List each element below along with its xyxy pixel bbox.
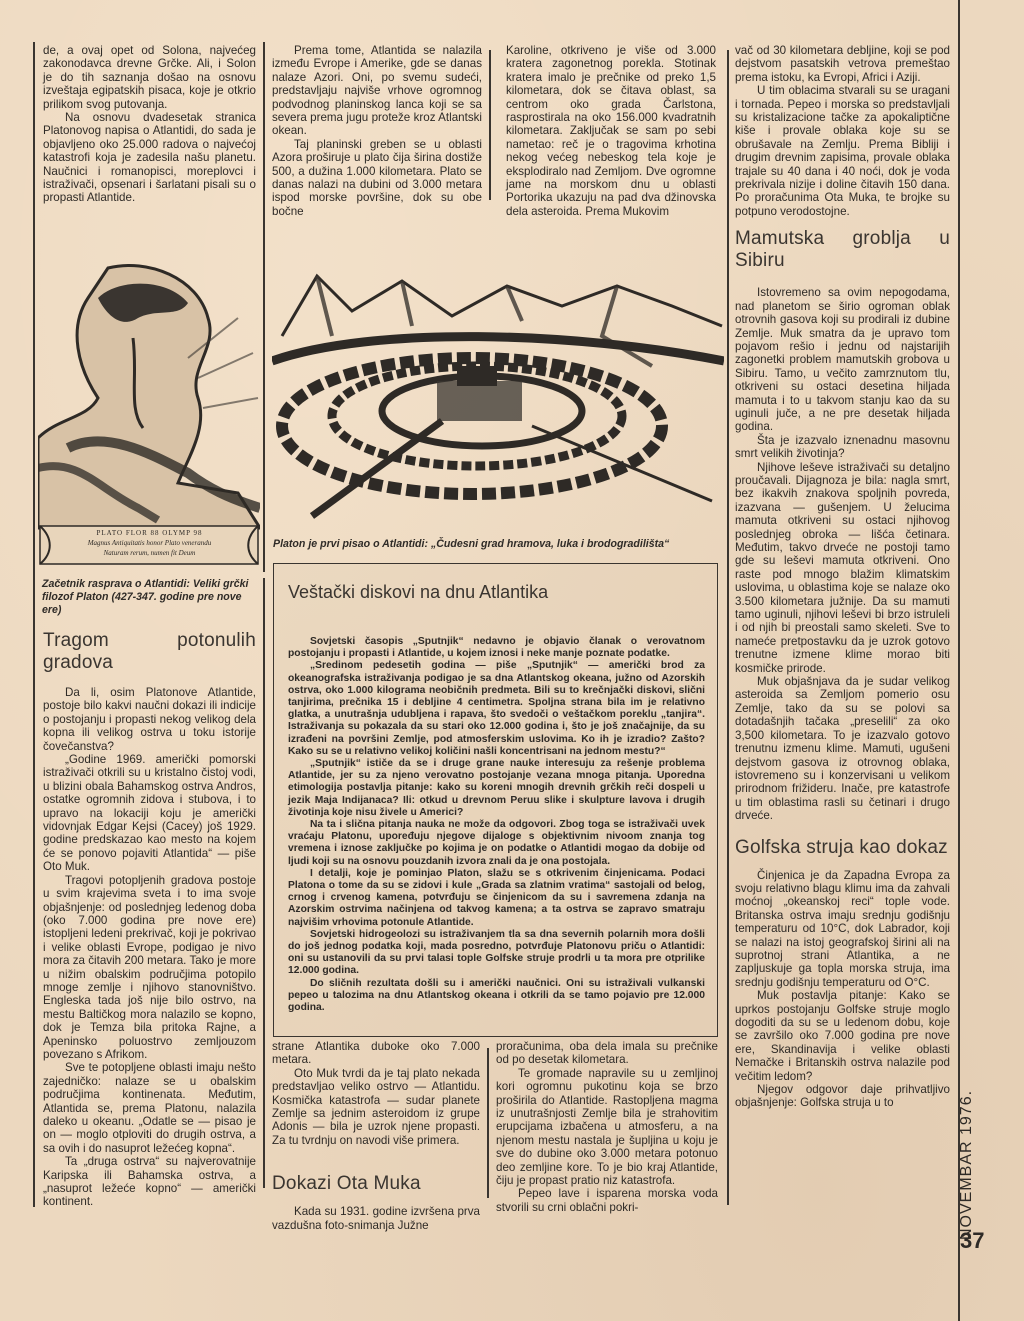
paragraph: Šta je izazvalo iznenadnu masovnu smrt v… (735, 434, 950, 461)
paragraph: I detalji, koje je pominjao Platon, slaž… (288, 868, 705, 929)
paragraph: vač od 30 kilometara debljine, koji se p… (735, 44, 950, 84)
paragraph: Te gromade napravile su u zemljinoj kori… (496, 1067, 718, 1188)
sidebar-box-body: Sovjetski časopis „Sputnjik“ nedavno je … (288, 636, 705, 1014)
plato-portrait: PLATO FLOR 88 OLYMP 98 Magnus Antiquitat… (38, 258, 260, 570)
paragraph: Na osnovu dvadesetak stranica Platonovog… (43, 111, 256, 205)
column-rule (489, 50, 491, 200)
paragraph: de, a ovaj opet od Solona, najvećeg zako… (43, 44, 256, 111)
column-rule (263, 42, 265, 572)
paragraph: Kada su 1931. godine izvršena prva vazdu… (272, 1205, 480, 1232)
paragraph: „Sputnjik“ ističe da se i druge grane na… (288, 758, 705, 819)
column-rule (487, 1048, 489, 1198)
column4: vač od 30 kilometara debljine, koji se p… (735, 44, 950, 1110)
sidebar-box: Veštački diskovi na dnu Atlantika Sovjet… (273, 563, 718, 1037)
plato-engraving-icon (38, 258, 260, 570)
atlantis-illustration (272, 266, 724, 524)
paragraph: Prema tome, Atlantida se nalazila između… (272, 44, 482, 138)
paragraph: Sovjetski časopis „Sputnjik“ nedavno je … (288, 636, 705, 660)
column3-bottom: proračunima, oba dela imala su prečnike … (496, 1040, 718, 1214)
column1-bottom: Tragom potonulih gradova Da li, osim Pla… (43, 630, 256, 1209)
column2-top: Prema tome, Atlantida se nalazila između… (272, 44, 482, 218)
paragraph: Sovjetski hidrogeolozi su istraživanjem … (288, 929, 705, 978)
paragraph: Oto Muk tvrdi da je taj plato nekada pre… (272, 1067, 480, 1147)
portrait-inscription: PLATO FLOR 88 OLYMP 98 Magnus Antiquitat… (62, 528, 237, 558)
issue-date: NOVEMBAR 1976. (958, 1090, 976, 1240)
portrait-caption: Začetnik rasprava o Atlantidi: Veliki gr… (42, 578, 254, 617)
paragraph: Na ta i slična pitanja nauka ne može da … (288, 819, 705, 868)
column3-top: Karoline, otkriveno je više od 3.000 kra… (506, 44, 716, 218)
paragraph: Ta „druga ostrva“ su najverovatnije Kari… (43, 1155, 256, 1209)
paragraph: „Godine 1969. američki pomorski istraživ… (43, 753, 256, 874)
section-heading-muk-evidence: Dokazi Ota Muka (272, 1173, 480, 1195)
paragraph: Tragovi potopljenih gradova postoje u sv… (43, 874, 256, 1062)
column-rule (33, 42, 35, 1207)
paragraph: Činjenica je da Zapadna Evropa za svoju … (735, 869, 950, 990)
paragraph: strane Atlantika duboke oko 7.000 metara… (272, 1040, 480, 1067)
paragraph: Istovremeno sa ovim nepogodama, nad plan… (735, 286, 950, 433)
inscription-line: Magnus Antiquitatis honor Plato venerand… (62, 538, 237, 548)
paragraph: Njegov odgovor daje prihvatljivo objašnj… (735, 1083, 950, 1110)
section-heading-gulf-stream: Golfska struja kao dokaz (735, 837, 950, 859)
column-rule (727, 50, 729, 1205)
column1-top: de, a ovaj opet od Solona, najvećeg zako… (43, 44, 256, 205)
inscription-line: PLATO FLOR 88 OLYMP 98 (62, 528, 237, 538)
inscription-line: Naturam rerum, numen fit Deum (62, 548, 237, 558)
sidebar-box-title: Veštački diskovi na dnu Atlantika (288, 582, 548, 603)
section-heading-mammoth: Mamutska groblja u Sibiru (735, 228, 950, 272)
illustration-caption: Platon je prvi pisao o Atlantidi: „Čudes… (273, 538, 723, 551)
paragraph: Njihove leševe istraživači su detaljno p… (735, 461, 950, 676)
paragraph: „Sredinom pedesetih godina — piše „Sputn… (288, 660, 705, 758)
paragraph: Muk postavlja pitanje: Kako se uprkos po… (735, 989, 950, 1083)
paragraph: Da li, osim Platonove Atlantide, postoje… (43, 686, 256, 753)
paragraph: Do sličnih rezultata došli su i američki… (288, 978, 705, 1015)
column2-bottom: strane Atlantika duboke oko 7.000 metara… (272, 1040, 480, 1232)
paragraph: Taj planinski greben se u oblasti Azora … (272, 138, 482, 218)
column-rule (263, 578, 265, 1188)
paragraph: Muk objašnjava da je sudar velikog aster… (735, 675, 950, 822)
page-number: 37 (960, 1228, 984, 1254)
section-heading-sunken-cities: Tragom potonulih gradova (43, 630, 256, 674)
atlantis-city-drawing-icon (272, 266, 724, 524)
paragraph: Sve te potopljene oblasti imaju nešto za… (43, 1061, 256, 1155)
paragraph: Karoline, otkriveno je više od 3.000 kra… (506, 44, 716, 218)
paragraph: U tim oblacima stvarali su se uragani i … (735, 84, 950, 218)
paragraph: Pepeo lave i isparena morska voda stvori… (496, 1187, 718, 1214)
paragraph: proračunima, oba dela imala su prečnike … (496, 1040, 718, 1067)
